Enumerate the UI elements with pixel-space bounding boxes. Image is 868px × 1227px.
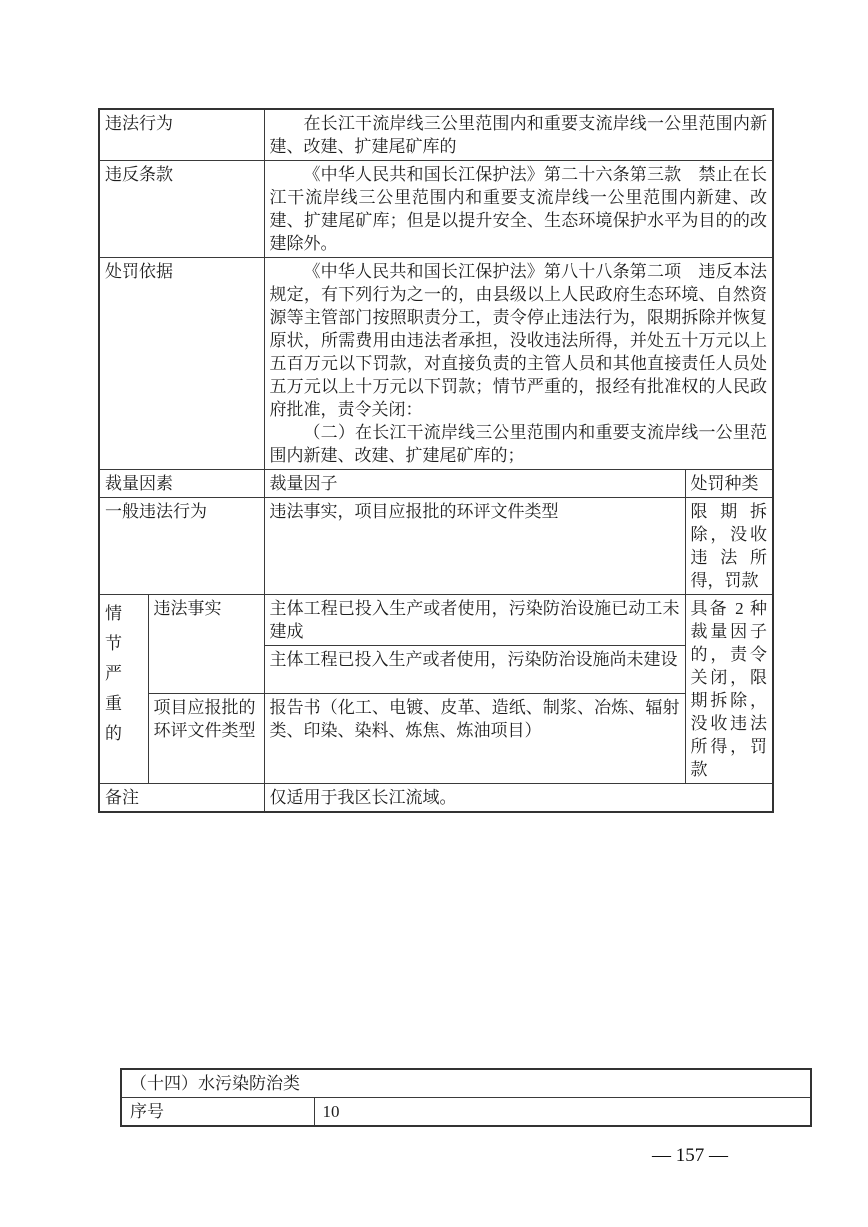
section-title: （十四）水污染防治类 <box>121 1069 811 1098</box>
clause-content: 《中华人民共和国长江保护法》第二十六条第三款 禁止在长江干流岸线三公里范围内和重… <box>270 163 768 255</box>
general-violation-label: 一般违法行为 <box>99 498 264 595</box>
penalty-basis-content-cell: 《中华人民共和国长江保护法》第八十八条第二项 违反本法规定，有下列行为之一的，由… <box>264 258 773 470</box>
severe-fact-item-1: 主体工程已投入生产或者使用，污染防治设施已动工未建成 <box>264 595 685 646</box>
remark-label: 备注 <box>99 784 264 813</box>
discretion-subfactor-header: 裁量因子 <box>264 470 685 498</box>
violation-label: 违法行为 <box>99 109 264 161</box>
penalty-basis-paragraph-2: （二）在长江干流岸线三公里范围内和重要支流岸线一公里范围内新建、改建、扩建尾矿库… <box>270 421 768 467</box>
severe-fact-item-2: 主体工程已投入生产或者使用，污染防治设施尚未建设 <box>264 646 685 693</box>
general-violation-factor: 违法事实，项目应报批的环评文件类型 <box>264 498 685 595</box>
penalty-type-header: 处罚种类 <box>685 470 773 498</box>
penalty-basis-label: 处罚依据 <box>99 258 264 470</box>
severe-violation-label-cell: 情节严重的 <box>99 595 148 784</box>
document-page: 违法行为 在长江干流岸线三公里范围内和重要支流岸线一公里范围内新建、改建、扩建尾… <box>0 0 868 1227</box>
severe-violation-label: 情节严重的 <box>105 599 124 749</box>
page-number: — 157 — <box>610 1144 770 1167</box>
severe-doc-type-label: 项目应报批的环评文件类型 <box>148 693 264 783</box>
clause-label: 违反条款 <box>99 161 264 258</box>
sequence-label: 序号 <box>121 1098 314 1127</box>
sequence-value: 10 <box>314 1098 811 1127</box>
clause-content-cell: 《中华人民共和国长江保护法》第二十六条第三款 禁止在长江干流岸线三公里范围内和重… <box>264 161 773 258</box>
violation-content: 在长江干流岸线三公里范围内和重要支流岸线一公里范围内新建、改建、扩建尾矿库的 <box>270 112 768 158</box>
severe-doc-type-content: 报告书（化工、电镀、皮革、造纸、制浆、冶炼、辐射类、印染、染料、炼焦、炼油项目） <box>264 693 685 783</box>
general-violation-penalty: 限期拆除，没收违法所得，罚款 <box>685 498 773 595</box>
penalty-discretion-table: 违法行为 在长江干流岸线三公里范围内和重要支流岸线一公里范围内新建、改建、扩建尾… <box>98 108 774 813</box>
penalty-basis-paragraph-1: 《中华人民共和国长江保护法》第八十八条第二项 违反本法规定，有下列行为之一的，由… <box>270 260 768 421</box>
violation-content-cell: 在长江干流岸线三公里范围内和重要支流岸线一公里范围内新建、改建、扩建尾矿库的 <box>264 109 773 161</box>
severe-penalty: 具备 2 种裁量因子的，责令关闭，限期拆除，没收违法所得，罚款 <box>685 595 773 784</box>
remark-content: 仅适用于我区长江流域。 <box>264 784 773 813</box>
next-section-table: （十四）水污染防治类 序号 10 <box>120 1068 812 1127</box>
severe-fact-label: 违法事实 <box>148 595 264 694</box>
discretion-factor-header: 裁量因素 <box>99 470 264 498</box>
